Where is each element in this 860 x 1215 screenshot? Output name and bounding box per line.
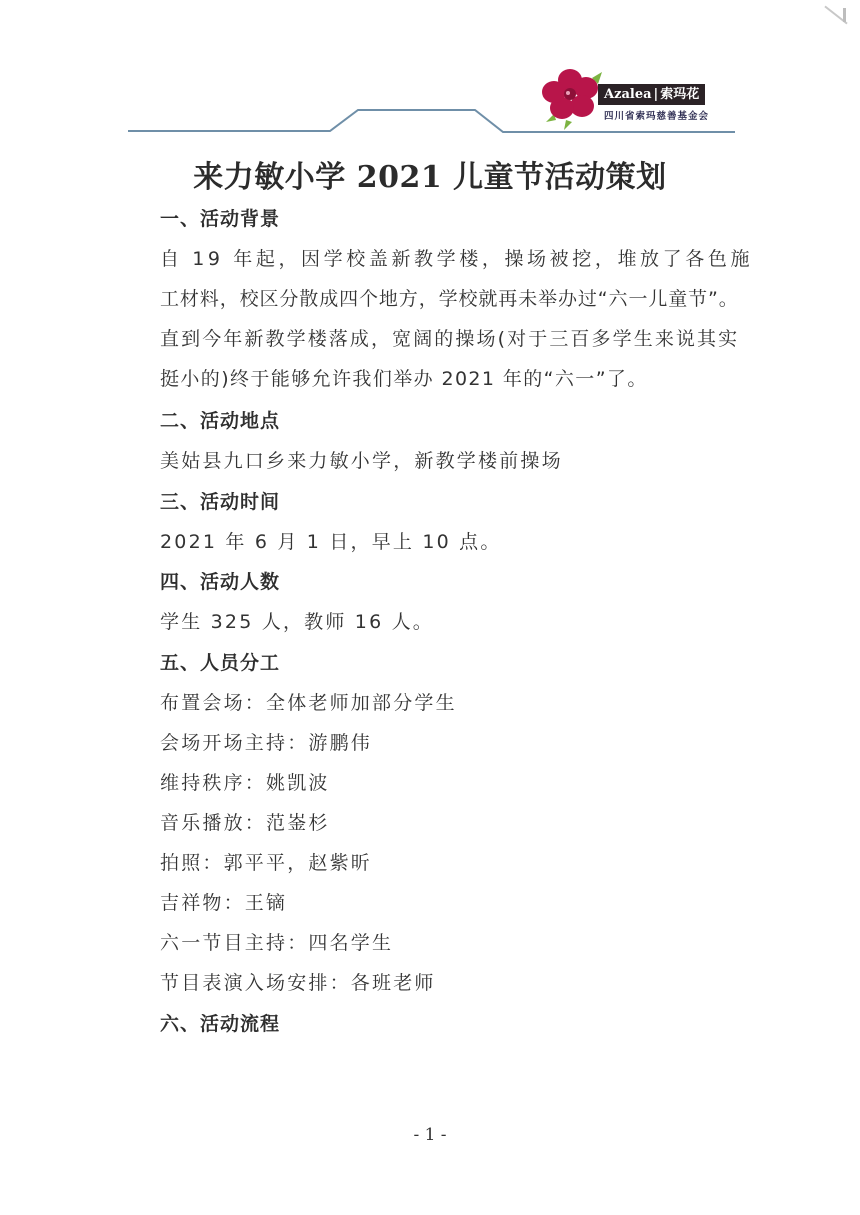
logo-chinese-text: 索玛花 [660,87,699,102]
staff-assignment-item: 节目表演入场安排：各班老师 [160,968,436,995]
paragraph-line: 直到今年新教学楼落成，宽阔的操场(对于三百多学生来说其实 [160,324,739,351]
paragraph-line: 自 19 年起，因学校盖新教学楼，操场被挖，堆放了各色施 [160,244,753,271]
foundation-logo: Azalea|索玛花 四川省索玛慈善基金会 [540,64,730,130]
staff-assignment-item: 拍照：郭平平，赵紫昕 [160,848,372,875]
section-heading-participants: 四、活动人数 [160,567,280,594]
location-text: 美姑县九口乡来力敏小学，新教学楼前操场 [160,446,563,473]
logo-separator: | [652,87,661,102]
section-heading-background: 一、活动背景 [160,204,280,231]
time-text: 2021 年 6 月 1 日，早上 10 点。 [160,527,502,554]
section-heading-flow: 六、活动流程 [160,1009,280,1036]
staff-assignment-item: 六一节目主持：四名学生 [160,928,393,955]
logo-subtitle: 四川省索玛慈善基金会 [604,108,709,122]
staff-assignment-item: 音乐播放：范崟杉 [160,808,330,835]
letterhead-divider-line [0,0,860,140]
paragraph-line: 挺小的)终于能够允许我们举办 2021 年的“六一”了。 [160,364,648,391]
participants-text: 学生 325 人，教师 16 人。 [160,607,434,634]
staff-assignment-item: 吉祥物：王镝 [160,888,287,915]
logo-banner: Azalea|索玛花 [598,84,705,105]
section-heading-location: 二、活动地点 [160,406,280,433]
staff-assignment-item: 会场开场主持：游鹏伟 [160,728,372,755]
page-number: - 1 - [0,1125,860,1145]
section-heading-staff: 五、人员分工 [160,648,280,675]
document-title: 来力敏小学 2021 儿童节活动策划 [0,152,860,196]
paragraph-line: 工材料，校区分散成四个地方，学校就再未举办过“六一儿童节”。 [160,284,739,311]
section-heading-time: 三、活动时间 [160,487,280,514]
staff-assignment-item: 维持秩序：姚凯波 [160,768,330,795]
staff-assignment-item: 布置会场：全体老师加部分学生 [160,688,457,715]
logo-latin-text: Azalea [604,87,652,102]
